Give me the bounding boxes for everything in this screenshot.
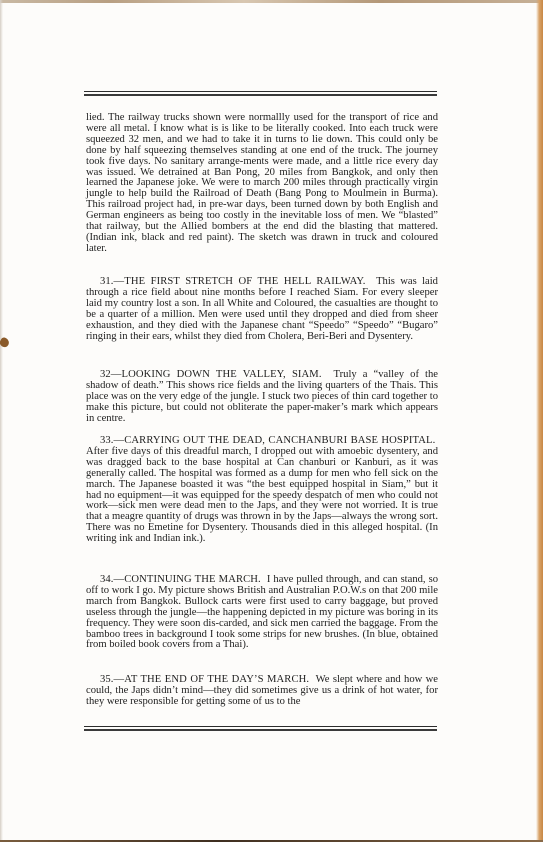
entry-number: 33.— bbox=[100, 435, 124, 446]
entry-32: 32—LOOKING DOWN THE VALLEY, SIAM. Truly … bbox=[86, 370, 438, 425]
page-edge-right-worn bbox=[536, 0, 543, 842]
entry-heading: LOOKING DOWN THE VALLEY, SIAM. bbox=[122, 369, 322, 380]
entry-body: I have pulled through, and can stand, so… bbox=[86, 574, 438, 650]
entry-34: 34.—CONTINUING THE MARCH. I have pulled … bbox=[86, 575, 438, 651]
entry-number: 35.— bbox=[100, 674, 124, 685]
top-double-rule bbox=[84, 91, 437, 96]
document-page: lied. The railway trucks shown were norm… bbox=[0, 0, 543, 842]
paragraph-text: lied. The railway trucks shown were norm… bbox=[86, 113, 438, 255]
page-edge-left bbox=[0, 0, 3, 842]
entry-heading: CONTINUING THE MARCH. bbox=[124, 574, 261, 585]
bottom-double-rule bbox=[84, 726, 437, 731]
entry-heading: THE FIRST STRETCH OF THE HELL RAILWAY. bbox=[124, 276, 365, 287]
entry-31: 31.—THE FIRST STRETCH OF THE HELL RAILWA… bbox=[86, 277, 438, 342]
entry-heading: CARRYING OUT THE DEAD, CANCHANBURI BASE … bbox=[124, 435, 435, 446]
entry-35: 35.—AT THE END OF THE DAY’S MARCH. We sl… bbox=[86, 675, 438, 708]
entry-number: 32— bbox=[100, 369, 122, 380]
continued-paragraph: lied. The railway trucks shown were norm… bbox=[86, 113, 438, 255]
entry-body: After five days of this dreadful march, … bbox=[86, 446, 438, 544]
page-edge-top bbox=[0, 0, 543, 3]
entry-33: 33.—CARRYING OUT THE DEAD, CANCHANBURI B… bbox=[86, 436, 438, 545]
entry-number: 34.— bbox=[100, 574, 124, 585]
entry-heading: AT THE END OF THE DAY’S MARCH. bbox=[124, 674, 309, 685]
entry-number: 31.— bbox=[100, 276, 124, 287]
